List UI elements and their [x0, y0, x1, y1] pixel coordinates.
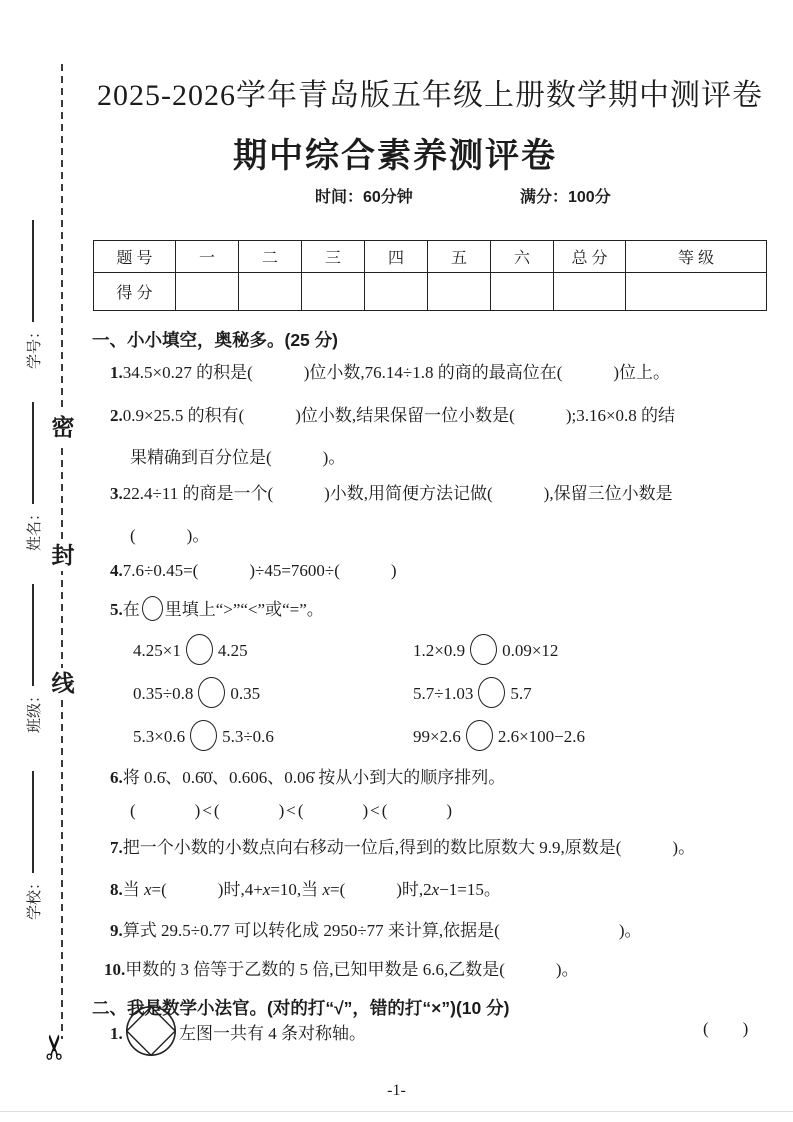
- page-title: 期中综合素养测评卷: [90, 128, 700, 177]
- comparison-item-4: 5.7÷1.035.7: [413, 677, 532, 710]
- school-blank-line: [32, 771, 34, 873]
- variable-x: x: [144, 880, 152, 899]
- question-5-text-suffix: 里填上“>”“<”或“=”。: [165, 600, 324, 619]
- comparison-left: 4.25×1: [133, 641, 181, 660]
- score-cell: [176, 273, 239, 311]
- full-score-label: 满分：100分: [520, 184, 611, 207]
- test-paper-page: { "header": { "course_title": "2025-2026…: [0, 0, 793, 1122]
- class-label: 班级：: [23, 688, 44, 733]
- col-header-total: 总 分: [554, 241, 626, 273]
- comparison-left: 5.3×0.6: [133, 727, 185, 746]
- seal-char-mi: 密: [48, 412, 78, 443]
- page-bottom-edge: [0, 1111, 793, 1112]
- question-3-number: 3.: [110, 484, 123, 503]
- question-5-number: 5.: [110, 600, 123, 619]
- name-label: 姓名：: [23, 506, 44, 551]
- question-number: 1.: [110, 1024, 123, 1043]
- score-cell: [491, 273, 554, 311]
- question-1-text: 34.5×0.27 的积是( )位小数,76.14÷1.8 的商的最高位在( )…: [123, 363, 670, 382]
- question-7-text: 把一个小数的小数点向右移动一位后,得到的数比原数大 9.9,原数是( )。: [123, 838, 695, 857]
- question-3-text-line2: ( )。: [130, 526, 209, 545]
- compare-circle-icon: [478, 677, 505, 708]
- table-row-question-numbers: 题 号 一 二 三 四 五 六 总 分 等 级: [94, 241, 767, 273]
- question-6-answer-line: ( )<( )<( )<( ): [130, 799, 454, 823]
- question-8-text: −1=15。: [439, 880, 501, 899]
- comparison-left: 5.7÷1.03: [413, 684, 473, 703]
- seal-char-feng: 封: [48, 540, 78, 571]
- question-8: 8.当 x=( )时,4+x=10,当 x=( )时,2x−1=15。: [110, 878, 501, 902]
- question-8-text: 当: [123, 880, 144, 899]
- comparison-right: 5.7: [510, 684, 531, 703]
- question-4-text: 7.6÷0.45=( )÷45=7600÷( ): [123, 561, 397, 580]
- question-2-continued: 果精确到百分位是( )。: [130, 446, 345, 470]
- student-number-field: 学号：: [23, 199, 43, 369]
- section-two-question-1-answer-blank: ( ): [703, 1014, 748, 1039]
- question-9-text: 算式 29.5÷0.77 可以转化成 2950÷77 来计算,依据是( )。: [123, 921, 642, 940]
- question-3-text-line1: 22.4÷11 的商是一个( )小数,用简便方法记做( ),保留三位小数是: [123, 484, 673, 503]
- comparison-right: 0.35: [230, 684, 260, 703]
- score-cell: [302, 273, 365, 311]
- score-cell: [554, 273, 626, 311]
- class-blank-line: [32, 584, 34, 686]
- question-1-number: 1.: [110, 363, 123, 382]
- score-table: 题 号 一 二 三 四 五 六 总 分 等 级 得 分: [93, 240, 767, 311]
- scissors-icon: ✂: [39, 1033, 73, 1062]
- question-10: 10.甲数的 3 倍等于乙数的 5 倍,已知甲数是 6.6,乙数是( )。: [104, 958, 579, 982]
- question-2-text-line1: 0.9×25.5 的积有( )位小数,结果保留一位小数是( );3.16×0.8…: [123, 406, 675, 425]
- score-cell: [626, 273, 767, 311]
- compare-circle-icon: [190, 720, 217, 751]
- question-2-text-line2: 果精确到百分位是( )。: [130, 448, 345, 467]
- circle-with-inscribed-square-figure: [125, 1005, 177, 1062]
- question-6: 6.将 0.6̇、0.6̇0̇、0.606、0.06̇ 按从小到大的顺序排列。: [110, 766, 505, 790]
- score-cell: [239, 273, 302, 311]
- comparison-right: 4.25: [218, 641, 248, 660]
- school-label: 学校：: [23, 875, 44, 920]
- comparison-right: 0.09×12: [502, 641, 558, 660]
- question-8-text: =10,当: [270, 880, 322, 899]
- question-8-text: =( )时,4+: [152, 880, 263, 899]
- question-9: 9.算式 29.5÷0.77 可以转化成 2950÷77 来计算,依据是( )。: [110, 919, 641, 943]
- question-9-number: 9.: [110, 921, 123, 940]
- question-2-number: 2.: [110, 406, 123, 425]
- comparison-right: 5.3÷0.6: [222, 727, 274, 746]
- question-2: 2.0.9×25.5 的积有( )位小数,结果保留一位小数是( );3.16×0…: [110, 404, 675, 428]
- compare-circle-icon: [470, 634, 497, 665]
- comparison-item-1: 4.25×14.25: [133, 634, 248, 667]
- course-title: 2025-2026学年青岛版五年级上册数学期中测评卷: [90, 70, 770, 114]
- variable-x: x: [322, 880, 330, 899]
- question-4: 4.7.6÷0.45=( )÷45=7600÷( ): [110, 559, 397, 583]
- col-header-2: 二: [239, 241, 302, 273]
- seal-char-xian: 线: [48, 668, 78, 699]
- name-blank-line: [32, 402, 34, 504]
- col-header-question-no: 题 号: [94, 241, 176, 273]
- comparison-left: 0.35÷0.8: [133, 684, 193, 703]
- question-1: 1.34.5×0.27 的积是( )位小数,76.14÷1.8 的商的最高位在(…: [110, 361, 670, 385]
- comparison-item-6: 99×2.62.6×100−2.6: [413, 720, 585, 753]
- question-6-number: 6.: [110, 768, 123, 787]
- comparison-item-3: 0.35÷0.80.35: [133, 677, 260, 710]
- compare-circle-icon: [142, 596, 163, 621]
- question-8-number: 8.: [110, 880, 123, 899]
- col-header-grade: 等 级: [626, 241, 767, 273]
- name-field: 姓名：: [23, 381, 43, 551]
- question-10-text: 甲数的 3 倍等于乙数的 5 倍,已知甲数是 6.6,乙数是( )。: [125, 960, 578, 979]
- time-limit-label: 时间：60分钟: [315, 184, 413, 207]
- question-5-text-prefix: 在: [123, 600, 140, 619]
- comparison-left: 1.2×0.9: [413, 641, 465, 660]
- comparison-right: 2.6×100−2.6: [498, 727, 585, 746]
- col-header-1: 一: [176, 241, 239, 273]
- student-number-blank-line: [32, 220, 34, 322]
- question-3-continued: ( )。: [130, 524, 209, 548]
- class-field: 班级：: [23, 563, 43, 733]
- question-5: 5.在里填上“>”“<”或“=”。: [110, 596, 324, 622]
- col-header-4: 四: [365, 241, 428, 273]
- student-number-label: 学号：: [23, 324, 44, 369]
- question-3: 3.22.4÷11 的商是一个( )小数,用简便方法记做( ),保留三位小数是: [110, 482, 673, 506]
- comparison-left: 99×2.6: [413, 727, 461, 746]
- score-row-label: 得 分: [94, 273, 176, 311]
- col-header-5: 五: [428, 241, 491, 273]
- page-number: -1-: [0, 1082, 793, 1100]
- question-8-text: =( )时,2: [330, 880, 432, 899]
- question-10-number: 10.: [104, 960, 125, 979]
- compare-circle-icon: [198, 677, 225, 708]
- score-cell: [365, 273, 428, 311]
- comparison-item-2: 1.2×0.90.09×12: [413, 634, 558, 667]
- section-two-question-1: 1.: [110, 1022, 123, 1046]
- compare-circle-icon: [466, 720, 493, 751]
- question-4-number: 4.: [110, 561, 123, 580]
- question-6-text: 将 0.6̇、0.6̇0̇、0.606、0.06̇ 按从小到大的顺序排列。: [123, 768, 506, 787]
- section-two-question-1-text: 左图一共有 4 条对称轴。: [179, 1022, 366, 1046]
- section-one-heading: 一、小小填空，奥秘多。(25 分): [92, 327, 338, 352]
- compare-circle-icon: [186, 634, 213, 665]
- col-header-3: 三: [302, 241, 365, 273]
- school-field: 学校：: [23, 750, 43, 920]
- score-cell: [428, 273, 491, 311]
- comparison-item-5: 5.3×0.65.3÷0.6: [133, 720, 274, 753]
- col-header-6: 六: [491, 241, 554, 273]
- question-7: 7.把一个小数的小数点向右移动一位后,得到的数比原数大 9.9,原数是( )。: [110, 836, 695, 860]
- question-7-number: 7.: [110, 838, 123, 857]
- table-row-scores: 得 分: [94, 273, 767, 311]
